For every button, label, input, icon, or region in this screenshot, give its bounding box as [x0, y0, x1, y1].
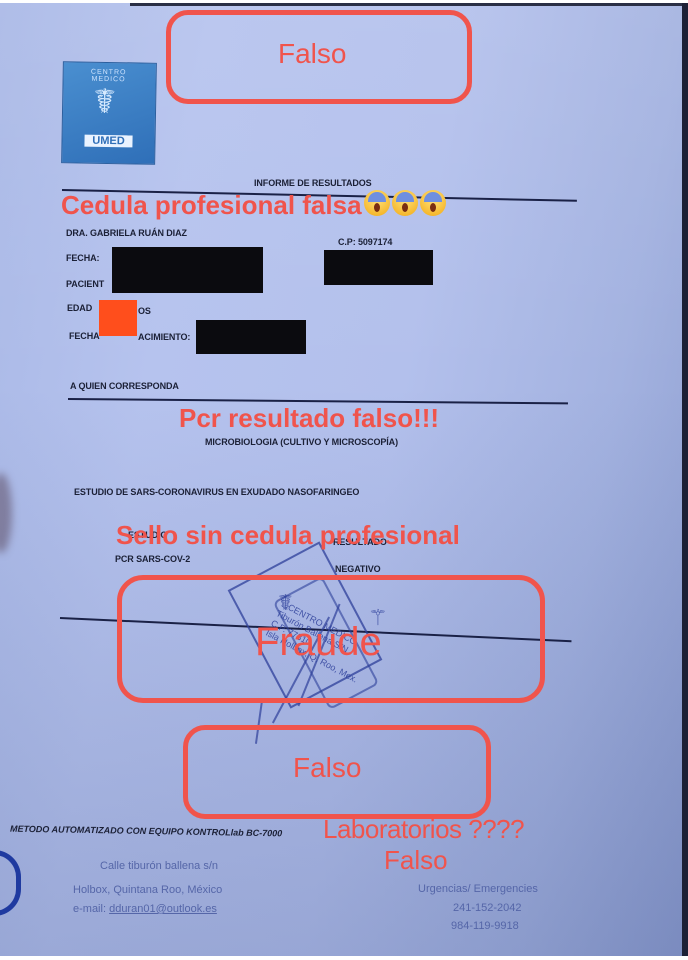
annotation-laboratorios: Laboratorios ????	[323, 814, 524, 845]
face-screaming-icon	[420, 190, 446, 216]
clinic-logo: CENTRO MEDICO ☤ UMED	[61, 61, 157, 165]
test-name: PCR SARS-COV-2	[115, 554, 190, 564]
professional-id: C.P: 5097174	[338, 237, 392, 247]
label-edad-suffix: OS	[138, 306, 151, 316]
finger-shadow	[0, 473, 12, 553]
label-nacimiento: FECHA	[69, 331, 100, 341]
address-line-1: Calle tiburón ballena s/n	[100, 860, 218, 872]
address-line-2: Holbox, Quintana Roo, México	[73, 884, 222, 896]
redaction-birthdate	[196, 320, 306, 354]
caduceus-icon: ☤	[93, 85, 116, 119]
email-link[interactable]: dduran01@outlook.es	[109, 903, 217, 915]
label-fecha: FECHA:	[66, 253, 99, 263]
annotation-cedula-text: Cedula profesional falsa	[61, 190, 362, 220]
logo-arc-text: CENTRO MEDICO	[74, 68, 144, 83]
redaction-patient	[112, 247, 263, 293]
section-title: MICROBIOLOGIA (CULTIVO Y MICROSCOPÍA)	[205, 437, 398, 447]
annotation-pcr: Pcr resultado falso!!!	[179, 403, 439, 434]
logo-name: UMED	[84, 135, 132, 148]
emergency-label: Urgencias/ Emergencies	[418, 883, 538, 895]
salutation: A QUIEN CORRESPONDA	[70, 381, 179, 391]
annotation-fraude: Fraude	[255, 620, 382, 665]
phone-2: 984-119-9918	[451, 920, 519, 932]
face-screaming-icon	[392, 190, 418, 216]
annotation-laboratorios-falso: Falso	[384, 845, 448, 876]
label-edad: EDAD	[67, 303, 92, 313]
photo-edge-top	[130, 3, 688, 6]
label-nacimiento-suffix: ACIMIENTO:	[138, 332, 190, 342]
email-line: e-mail: dduran01@outlook.es	[73, 903, 217, 915]
test-result: NEGATIVO	[335, 564, 381, 574]
redaction-age	[99, 300, 137, 336]
annotation-cedula: Cedula profesional falsa	[61, 190, 446, 221]
email-label: e-mail:	[73, 903, 106, 915]
study-title: ESTUDIO DE SARS-CORONAVIRUS EN EXUDADO N…	[74, 487, 359, 497]
phone-1: 241-152-2042	[453, 902, 522, 914]
annotation-sello: Sello sin cedula profesional	[116, 520, 460, 551]
doctor-name: DRA. GABRIELA RUÁN DIAZ	[66, 228, 187, 238]
label-paciente: PACIENT	[66, 279, 104, 289]
photo-edge-right	[682, 3, 688, 956]
annotation-falso-top: Falso	[278, 38, 346, 70]
face-screaming-icon	[364, 190, 390, 216]
annotation-falso-bottom: Falso	[293, 752, 361, 784]
report-title: INFORME DE RESULTADOS	[254, 178, 372, 188]
redaction-id	[324, 250, 433, 285]
